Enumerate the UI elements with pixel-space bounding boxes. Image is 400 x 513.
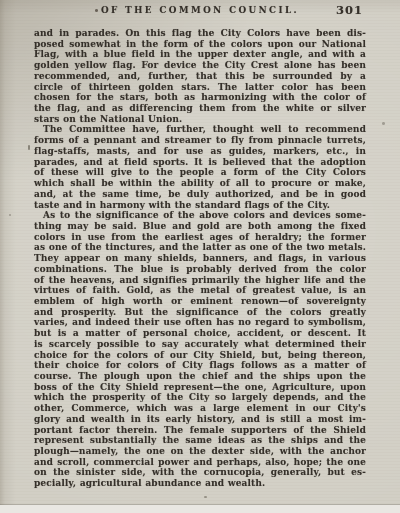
text-line: of these will give to the people a form …: [34, 168, 366, 179]
paper-speck: [28, 145, 30, 150]
text-line: choice for the colors of our City Shield…: [34, 351, 366, 362]
text-line: portant factor therein. The female suppo…: [34, 426, 366, 437]
text-line: their choice for colors of City flags fo…: [34, 361, 366, 372]
text-line: The Committee have, further, thought wel…: [34, 125, 366, 136]
page-number: 301: [336, 3, 363, 17]
text-line: virtues of faith. Gold, as the metal of …: [34, 286, 366, 297]
running-title: OF THE COMMON COUNCIL.: [34, 6, 366, 16]
text-line: and prosperity. But the significance of …: [34, 308, 366, 319]
paper-speck: [9, 214, 11, 216]
paper-speck: [382, 122, 385, 125]
text-line: circle of thirteen golden stars. The lat…: [34, 83, 366, 94]
text-line: posed somewhat in the form of the colors…: [34, 40, 366, 51]
text-line: flag-staffs, masts, and for use as guide…: [34, 147, 366, 158]
text-line: Flag, with a blue field in the upper dex…: [34, 50, 366, 61]
text-line: pecially, agricultural abundance and wea…: [34, 479, 366, 490]
book-page-scan: OF THE COMMON COUNCIL. 301 and in parade…: [0, 0, 400, 513]
text-line: taste and in harmony with the standard f…: [34, 201, 366, 212]
text-line: plough—namely, the one on the dexter sid…: [34, 447, 366, 458]
text-line: stars on the National Union.: [34, 115, 366, 126]
text-line: the flag, and as differencing them from …: [34, 104, 366, 115]
text-line: golden yellow flag. For device the City …: [34, 61, 366, 72]
text-line: and scroll, commercial power and perhaps…: [34, 458, 366, 469]
text-line: recommended, and, further, that this be …: [34, 72, 366, 83]
text-line: combinations. The blue is probably deriv…: [34, 265, 366, 276]
text-line: emblem of high worth or eminent renown—o…: [34, 297, 366, 308]
text-line: other, Commerce, which was a large eleme…: [34, 404, 366, 415]
text-line: boss of the City Shield represent—the on…: [34, 383, 366, 394]
text-line: which the prosperity of the City so larg…: [34, 393, 366, 404]
text-line: which shall be within the ability of all…: [34, 179, 366, 190]
text-line: forms of a pennant and streamer to fly f…: [34, 136, 366, 147]
text-line: is scarcely possible to say accurately w…: [34, 340, 366, 351]
text-line: colors in use from the earliest ages of …: [34, 233, 366, 244]
text-line: chosen for the stars, both as harmonizin…: [34, 93, 366, 104]
text-line: and, at the same time, be duly authorize…: [34, 190, 366, 201]
text-line: and in parades. On this flag the City Co…: [34, 29, 366, 40]
text-line: as one of the tinctures, and the latter …: [34, 243, 366, 254]
paper-speck: [204, 496, 207, 498]
text-line: on the sinister side, with the cornucopi…: [34, 468, 366, 479]
body-text: and in parades. On this flag the City Co…: [34, 29, 366, 490]
text-line: but is a matter of personal choice, acci…: [34, 329, 366, 340]
text-line: varies, and indeed their use often has n…: [34, 318, 366, 329]
text-line: course. The plough upon the chief and th…: [34, 372, 366, 383]
text-line: As to the significance of the above colo…: [34, 211, 366, 222]
text-line: glory and wealth in its early history, a…: [34, 415, 366, 426]
text-line: They appear on many shields, banners, an…: [34, 254, 366, 265]
text-line: represent substantially the same ideas a…: [34, 436, 366, 447]
text-line: of the heavens, and signifies primarily …: [34, 276, 366, 287]
page-bottom-edge: [0, 505, 400, 513]
text-line: thing may be said. Blue and gold are bot…: [34, 222, 366, 233]
text-line: parades, and at field sports. It is beli…: [34, 158, 366, 169]
